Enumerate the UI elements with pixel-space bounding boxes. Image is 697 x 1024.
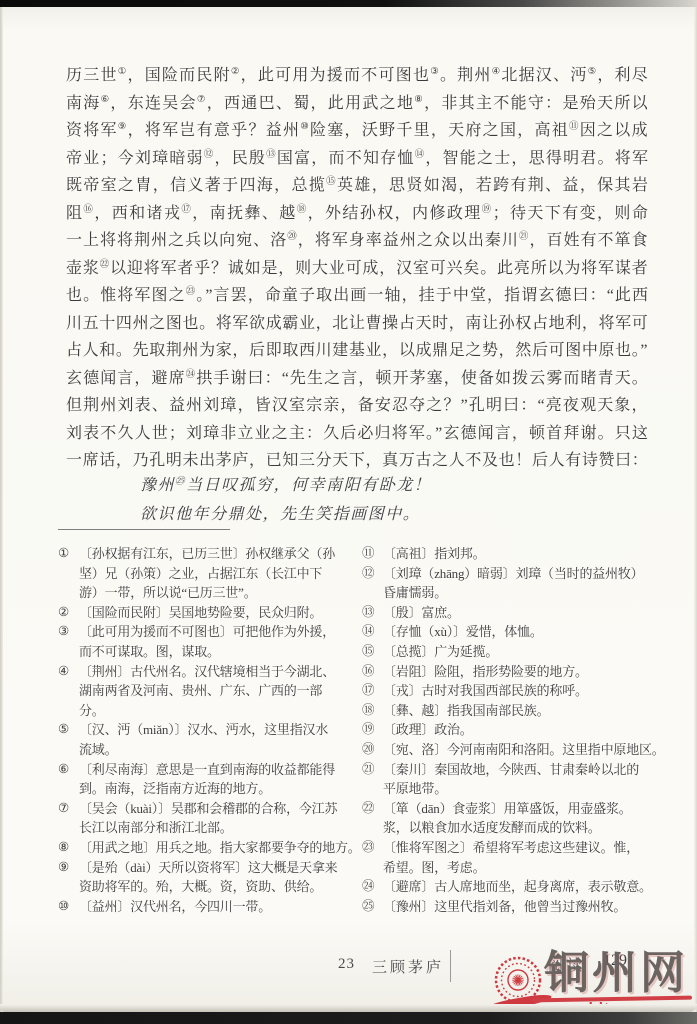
text-line: 玄德闻言，避席㉔拱手谢曰：“先生之言，顿开茅塞，使备如拨云雾而睹青天。 [66, 365, 648, 393]
footnote-ref-marker: ㉓ [186, 287, 197, 297]
annotation-number: ㉑ [362, 760, 374, 780]
footnote-ref-marker: ⑤ [588, 67, 598, 77]
watermark-site-name: 铜州网 [544, 948, 688, 998]
footnote-ref-marker: ⑮ [326, 177, 337, 187]
annotation-item: ⑩〔益州〕汉代州名，今四川一带。 [58, 897, 358, 917]
annotation-line: 湖南两省及河南、贵州、广东、广西的一部 [79, 681, 358, 701]
footnote-ref-marker: ㉒ [100, 260, 110, 270]
footnote-ref-marker: ⑪ [569, 122, 580, 132]
annotation-item: ⑦〔吴会（kuài）〕吴郡和会稽郡的合称，今江苏长江以南部分和浙江北部。 [58, 799, 358, 838]
annotation-item: ⑱〔彝、越〕指我国南部民族。 [362, 701, 662, 721]
footnote-divider [58, 529, 230, 530]
annotation-number: ⑦ [58, 799, 69, 819]
annotation-number: ㉒ [362, 799, 374, 819]
annotation-item: ⑬〔殷〕富庶。 [362, 603, 662, 623]
text-line: 川五十四州之图也。将军欲成霸业，北让曹操占天时，南让孙权占地利，将军可 [66, 310, 648, 338]
page-bottom-shadow [0, 1004, 697, 1012]
annotation-line: 〔此可用为援而不可图也〕可把他作为外援， [79, 622, 358, 642]
annotation-line: 〔汉、沔（miǎn）〕汉水、沔水，这里指汉水 [79, 720, 358, 740]
text-line: 资将军⑨，将军岂有意乎？益州⑩险塞，沃野千里，天府之国，高祖⑪因之以成 [66, 117, 648, 145]
annotation-line: 资助将军的。殆，大概。资，资助、供给。 [79, 877, 358, 897]
text-line: 但荆州刘表、益州刘璋，皆汉室宗亲，备安忍夺之？”孔明曰：“亮夜观天象， [66, 392, 648, 420]
annotation-item: ㉑〔秦川〕秦国故地，今陕西、甘肃秦岭以北的平原地带。 [362, 760, 662, 799]
footnote-ref-marker: ⑦ [197, 95, 207, 105]
footnote-ref-marker: ㉔ [186, 370, 197, 380]
text-line: 一席话，乃孔明未出茅庐，已知三分天下，真万古之人不及也！后人有诗赞曰： [66, 447, 648, 475]
annotation-line: 〔利尽南海〕意思是一直到南海的收益都能得 [79, 760, 358, 780]
lesson-main-text: 历三世①，国险而民附②，此可用为援而不可图也③。荆州④北据汉、沔⑤，利尽南海⑥，… [66, 62, 648, 475]
annotation-line: 而不可谋取。图，谋取。 [79, 642, 358, 662]
text-line: 壶浆㉒以迎将军者乎？诚如是，则大业可成，汉室可兴矣。此亮所以为将军谋者 [66, 255, 648, 283]
annotation-item: ⑭〔存恤（xù）〕爱惜，体恤。 [362, 622, 662, 642]
annotation-line: 浆，以粮食加水适度发酵而成的饮料。 [383, 818, 662, 838]
annotation-line: 分。 [79, 701, 358, 721]
text-line: 占人和。先取荆州为家，后即取西川建基业，以成鼎足之势，然后可图中原也。” [66, 337, 648, 365]
text-line: 也。惟将军图之㉓。”言罢，命童子取出画一轴，挂于中堂，指谓玄德曰：“此西 [66, 282, 648, 310]
footnotes-left-column: ①〔孙权据有江东，已历三世〕孙权继承父（孙坚）兄（孙策）之业，占据江东（长江中下… [58, 544, 358, 916]
poem: 豫州㉕当日叹孤穷，何幸南阳有卧龙！欲识他年分鼎处，先生笑指画图中。 [140, 472, 431, 529]
footnote-ref-marker: ② [231, 67, 241, 77]
annotation-item: ⑪〔高祖〕指刘邦。 [362, 544, 662, 564]
annotation-number: ⑧ [58, 838, 69, 858]
annotation-number: ⑮ [362, 642, 374, 662]
annotation-number: ⑳ [362, 740, 374, 760]
annotation-line: 〔政理〕政治。 [383, 720, 662, 740]
annotation-number: ⑩ [58, 897, 69, 917]
annotation-item: ③〔此可用为援而不可图也〕可把他作为外援，而不可谋取。图，谋取。 [58, 622, 358, 661]
footnote-ref-marker: ⑧ [414, 95, 424, 105]
annotation-item: ⑳〔宛、洛〕今河南南阳和洛阳。这里指中原地区。 [362, 740, 662, 760]
annotation-item: ⑤〔汉、沔（miǎn）〕汉水、沔水，这里指汉水流域。 [58, 720, 358, 759]
annotation-line: 〔宛、洛〕今河南南阳和洛阳。这里指中原地区。 [383, 740, 662, 760]
footnote-ref-marker: ④ [492, 67, 502, 77]
scan-bottom-edge [0, 1012, 697, 1024]
annotation-number: ⑨ [58, 858, 69, 878]
annotation-line: 〔存恤（xù）〕爱惜，体恤。 [383, 622, 662, 642]
annotation-number: ㉕ [362, 897, 374, 917]
annotation-item: ④〔荆州〕古代州名。汉代辖境相当于今湖北、湖南两省及河南、贵州、广东、广西的一部… [58, 662, 358, 721]
annotation-item: ⑥〔利尽南海〕意思是一直到南海的收益都能得到。南海，泛指南方近海的地方。 [58, 760, 358, 799]
annotation-line: 〔箪（dān）食壶浆〕用箪盛饭，用壶盛浆。 [383, 799, 662, 819]
lesson-number: 23 [338, 956, 355, 973]
annotation-number: ⑲ [362, 720, 374, 740]
annotation-line: 〔益州〕汉代州名，今四川一带。 [79, 897, 358, 917]
text-line: 一上将将荆州之兵以向宛、洛⑳，将军身率益州之众以出秦川㉑，百姓有不箪食 [66, 227, 648, 255]
poem-line: 欲识他年分鼎处，先生笑指画图中。 [140, 501, 431, 530]
annotation-item: ⑮〔总揽〕广为延揽。 [362, 642, 662, 662]
annotation-line: 〔避席〕古人席地而坐，起身离席，表示敬意。 [383, 877, 662, 897]
text-line: 阻⑯，西和诸戎⑰，南抚彝、越⑱，外结孙权，内修政理⑲；待天下有变，则命 [66, 200, 648, 228]
annotation-number: ⑭ [362, 622, 374, 642]
annotation-number: ④ [58, 662, 69, 682]
annotation-line: 〔高祖〕指刘邦。 [383, 544, 662, 564]
annotation-item: ②〔国险而民附〕吴国地势险要，民众归附。 [58, 603, 358, 623]
footnote-ref-marker: ⑯ [83, 205, 94, 215]
footnote-ref-marker: ⑫ [204, 150, 215, 160]
annotation-line: 〔孙权据有江东，已历三世〕孙权继承父（孙 [79, 544, 358, 564]
text-line: 帝业；今刘璋暗弱⑫，民殷⑬国富，而不知存恤⑭，智能之士，思得明君。将军 [66, 145, 648, 173]
annotation-item: ㉓〔惟将军图之〕希望将军考虑这些建议。惟，希望。图，考虑。 [362, 838, 662, 877]
footnote-ref-marker: ㉕ [175, 477, 186, 487]
footnote-ref-marker: ㉑ [519, 232, 530, 242]
annotation-number: ⑯ [362, 662, 374, 682]
footnote-ref-marker: ⑥ [101, 95, 111, 105]
annotation-line: 〔是殆（dài）天所以资将军〕这大概是天拿来 [79, 858, 358, 878]
svg-text:✺: ✺ [511, 973, 524, 990]
annotation-item: ⑲〔政理〕政治。 [362, 720, 662, 740]
annotation-line: 〔秦川〕秦国故地，今陕西、甘肃秦岭以北的 [383, 760, 662, 780]
footnote-ref-marker: ⑲ [482, 205, 493, 215]
annotation-line: 〔彝、越〕指我国南部民族。 [383, 701, 662, 721]
annotation-number: ㉓ [362, 838, 374, 858]
footer-divider-bar [450, 950, 451, 982]
annotation-line: 〔总揽〕广为延揽。 [383, 642, 662, 662]
annotation-item: ⑰〔戎〕古时对我国西部民族的称呼。 [362, 681, 662, 701]
footnote-ref-marker: ⑩ [300, 122, 310, 132]
annotation-line: 〔吴会（kuài）〕吴郡和会稽郡的合称，今江苏 [79, 799, 358, 819]
annotation-number: ① [58, 544, 69, 564]
poem-line: 豫州㉕当日叹孤穷，何幸南阳有卧龙！ [140, 472, 431, 501]
annotation-number: ⑱ [362, 701, 374, 721]
annotation-line: 长江以南部分和浙江北部。 [79, 818, 358, 838]
annotation-item: ㉔〔避席〕古人席地而坐，起身离席，表示敬意。 [362, 877, 662, 897]
annotation-number: ⑤ [58, 720, 69, 740]
annotation-item: ⑫〔刘璋（zhāng）暗弱〕刘璋（当时的益州牧）昏庸懦弱。 [362, 564, 662, 603]
annotation-number: ② [58, 603, 69, 623]
annotation-number: ⑪ [362, 544, 374, 564]
lesson-title: 三顾茅庐 [372, 956, 444, 977]
annotation-number: ㉔ [362, 877, 374, 897]
annotation-line: 坚）兄（孙策）之业，占据江东（长江中下 [79, 564, 358, 584]
annotation-line: 流域。 [79, 740, 358, 760]
annotation-line: 〔豫州〕这里代指刘备，他曾当过豫州牧。 [383, 897, 662, 917]
annotation-line: 昏庸懦弱。 [383, 583, 662, 603]
annotation-item: ㉕〔豫州〕这里代指刘备，他曾当过豫州牧。 [362, 897, 662, 917]
text-line: 历三世①，国险而民附②，此可用为援而不可图也③。荆州④北据汉、沔⑤，利尽 [66, 62, 648, 90]
footnote-ref-marker: ⑰ [181, 205, 192, 215]
annotation-number: ⑥ [58, 760, 69, 780]
footnotes-right-column: ⑪〔高祖〕指刘邦。⑫〔刘璋（zhāng）暗弱〕刘璋（当时的益州牧）昏庸懦弱。⑬〔… [362, 544, 662, 916]
annotation-line: 〔戎〕古时对我国西部民族的称呼。 [383, 681, 662, 701]
annotation-line: 平原地带。 [383, 779, 662, 799]
annotation-item: ⑨〔是殆（dài）天所以资将军〕这大概是天拿来资助将军的。殆，大概。资，资助、供… [58, 858, 358, 897]
footnote-ref-marker: ① [118, 67, 128, 77]
annotation-item: ⑧〔用武之地〕用兵之地。指大家都要争夺的地方。 [58, 838, 358, 858]
annotation-item: ⑯〔岩阻〕险阻，指形势险要的地方。 [362, 662, 662, 682]
annotation-line: 〔国险而民附〕吴国地势险要，民众归附。 [79, 603, 358, 623]
annotation-line: 〔刘璋（zhāng）暗弱〕刘璋（当时的益州牧） [383, 564, 662, 584]
annotation-number: ⑰ [362, 681, 374, 701]
annotation-number: ⑬ [362, 603, 374, 623]
footnote-ref-marker: ③ [430, 67, 440, 77]
footnote-ref-marker: ⑨ [118, 122, 128, 132]
annotation-number: ⑫ [362, 564, 374, 584]
scanned-textbook-page: 历三世①，国险而民附②，此可用为援而不可图也③。荆州④北据汉、沔⑤，利尽南海⑥，… [0, 0, 697, 1024]
annotation-line: 希望。图，考虑。 [383, 858, 662, 878]
footnote-ref-marker: ⑬ [266, 150, 277, 160]
scan-left-edge [0, 7, 3, 1012]
annotation-line: 到。南海，泛指南方近海的地方。 [79, 779, 358, 799]
scan-top-edge [0, 0, 697, 7]
annotation-line: 〔岩阻〕险阻，指形势险要的地方。 [383, 662, 662, 682]
text-line: 刘表不久人世；刘璋非立业之主：久后必归将军。”玄德闻言，顿首拜谢。只这 [66, 420, 648, 448]
footnote-ref-marker: ⑭ [415, 150, 426, 160]
annotation-item: ①〔孙权据有江东，已历三世〕孙权继承父（孙坚）兄（孙策）之业，占据江东（长江中下… [58, 544, 358, 603]
annotation-number: ③ [58, 622, 69, 642]
text-line: 南海⑥，东连吴会⑦，西通巴、蜀，此用武之地⑧，非其主不能守：是殆天所以 [66, 90, 648, 118]
annotation-line: 游）一带，所以说“已历三世”。 [79, 583, 358, 603]
annotation-line: 〔荆州〕古代州名。汉代辖境相当于今湖北、 [79, 662, 358, 682]
text-line: 既帝室之胄，信义著于四海，总揽⑮英雄，思贤如渴，若跨有荆、益，保其岩 [66, 172, 648, 200]
footnote-ref-marker: ⑳ [287, 232, 298, 242]
annotation-line: 〔用武之地〕用兵之地。指大家都要争夺的地方。 [79, 838, 358, 858]
annotation-item: ㉒〔箪（dān）食壶浆〕用箪盛饭，用壶盛浆。浆，以粮食加水适度发酵而成的饮料。 [362, 799, 662, 838]
footnote-ref-marker: ⑱ [297, 205, 308, 215]
annotation-line: 〔殷〕富庶。 [383, 603, 662, 623]
annotation-line: 〔惟将军图之〕希望将军考虑这些建议。惟， [383, 838, 662, 858]
